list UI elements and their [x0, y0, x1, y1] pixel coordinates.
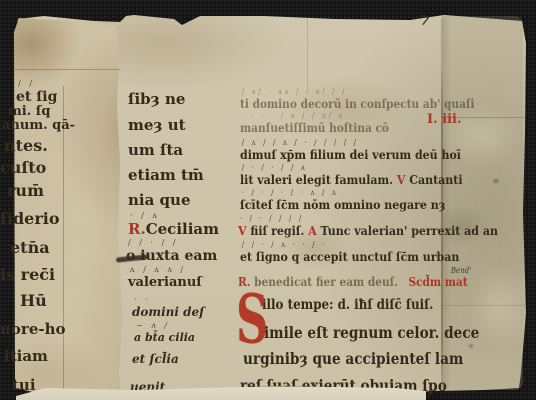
neume-row: · / · / · / · ʌ / ʌ	[242, 189, 339, 197]
text-line: Hū	[20, 293, 47, 309]
neume-row: · / ʌ	[130, 212, 160, 220]
text-line: / · / · / / ʌlit valeri elegit famulam. …	[240, 174, 463, 187]
line-text: Cantanti	[405, 172, 462, 187]
text-line: · / ʌR.Ceciliam	[128, 222, 219, 237]
line-text: ſibȝ ne	[128, 90, 185, 108]
line-text: Tunc valerian' perrexit ad an	[317, 223, 498, 238]
quire-lesson-mark: I. iii.	[427, 112, 461, 127]
text-line: illo tempe: d. iħſ diſc̄ ſuiſ.	[262, 299, 433, 313]
line-text: Ceciliam	[146, 220, 219, 238]
manuscript-photo: 7 / /et ſig mi. ſq anum. qā- ntes. cuſto…	[0, 0, 536, 400]
line-text: manſuetiſſimū hoſtina cō	[240, 121, 389, 135]
red-versicle-mark: V	[238, 223, 250, 238]
text-line: / / · / ʌ · · / ·et ſigno q accepit unct…	[240, 251, 459, 264]
line-text: anum. qā-	[2, 118, 75, 133]
text-line: etiam tm̄	[128, 168, 204, 183]
line-text: nore-ho	[0, 320, 66, 338]
text-line: · / · / / / /V fiiſ regiſ. A Tunc valeri…	[238, 225, 498, 238]
line-text: a bt̄a cilia	[134, 331, 195, 344]
red-initial-s: S	[236, 286, 268, 353]
neume-row: / ʌ/ · ʌʌ / · ʌ/ / /	[242, 88, 347, 96]
neume-row: / / · / /	[128, 239, 179, 247]
text-line: is rec̄i	[0, 267, 55, 283]
text-line: ſibȝ ne	[128, 92, 185, 107]
line-text: mi. ſq	[8, 104, 50, 119]
red-responsory-mark: R.	[128, 220, 146, 238]
text-line: ntes.	[4, 138, 48, 154]
line-text: ti domino decorū in conſpectu ab' quaſi	[240, 97, 474, 111]
text-line: R. benedicat fier eam deuſ.Scd̄m matBend…	[238, 276, 468, 288]
neume-row: · / · / / / /	[240, 215, 304, 223]
line-text: ntes.	[4, 136, 48, 155]
text-line: · ·domini deſ	[132, 306, 204, 318]
text-line: / / · / /o iuxta eam	[126, 249, 217, 263]
text-line: ʌ / ʌ ʌ /valerianuſ	[128, 276, 202, 289]
text-line: / ʌ / / ʌ / · / / / / /dimuſ xp̄m filium…	[240, 149, 461, 162]
text-line: itiam	[4, 349, 48, 364]
line-text: et ſigno q accepit unctuſ ſc̄m urban	[240, 249, 459, 264]
line-text: dimuſ xp̄m filium dei verum deū hoī	[240, 147, 461, 162]
text-line: ſiderio	[0, 211, 60, 227]
text-line: / ʌ/ · ʌʌ / · ʌ/ / /ti domino decorū in …	[240, 98, 474, 110]
neume-row: / ʌ / / ʌ / · / / / / /	[242, 139, 359, 147]
line-text: lit valeri elegit famulam.	[240, 172, 397, 187]
line-text: ſcīteſ ſc̄m nōm omnino negare nȝ	[240, 197, 445, 212]
red-versicle-mark: V	[397, 172, 406, 187]
ruling-line-horizontal	[15, 69, 120, 70]
line-text: urginibȝ que accipienteſ lam	[243, 349, 463, 368]
text-line: · / · / · / · ʌ / ʌſcīteſ ſc̄m nōm omnin…	[240, 199, 445, 212]
line-text: valerianuſ	[128, 275, 202, 290]
text-line: rum̄	[7, 183, 44, 199]
text-line: mi. ſq	[8, 105, 50, 118]
rubric-secundum: Scd̄m mat	[408, 275, 467, 289]
line-text: is rec̄i	[0, 265, 55, 284]
line-text: et ſcl̄ia	[132, 352, 179, 366]
line-text: nia que	[128, 191, 190, 209]
neume-row: / / · / ʌ · · / ·	[242, 241, 327, 249]
text-line: cuſto	[0, 160, 46, 176]
line-text: illo tempe: d. iħſ diſc̄ ſuiſ.	[262, 297, 433, 313]
neume-row: · · · · / ʌ / / ʌ/ ʌ	[242, 112, 345, 120]
text-line: meȝ ut	[128, 118, 186, 133]
text-line: / /et ſig	[16, 90, 57, 104]
crease-line-horizontal-2	[441, 305, 525, 306]
neume-row: / /	[18, 80, 35, 88]
ruling-line-vertical-2	[307, 18, 308, 94]
line-text: o iuxta eam	[126, 248, 217, 264]
line-text: tui	[12, 376, 36, 394]
line-text: Hū	[20, 291, 47, 310]
line-text: fiiſ regiſ.	[250, 223, 308, 238]
text-line: anum. qā-	[2, 119, 75, 132]
neume-row: / · / · / / ʌ	[242, 164, 308, 172]
text-line: · · · · / ʌ / / ʌ/ ʌmanſuetiſſimū hoſtin…	[240, 122, 389, 134]
text-line: nore-ho	[0, 322, 66, 337]
text-line: imile eſt regnum celor. dece	[264, 325, 479, 341]
interlinear-note: Bend'	[451, 267, 471, 275]
text-line: tui	[12, 378, 36, 393]
neume-row: ʌ / ʌ ʌ /	[130, 266, 186, 274]
text-line: ~ ʌ /a bt̄a cilia	[134, 332, 195, 343]
line-text: um ſta	[128, 141, 183, 159]
line-text: ſiderio	[0, 209, 60, 228]
text-line: et ſcl̄ia	[132, 353, 179, 365]
line-text: etn̄a	[10, 238, 50, 257]
line-text: cuſto	[0, 158, 46, 177]
line-text: meȝ ut	[128, 116, 186, 134]
line-text: domini deſ	[132, 305, 204, 319]
line-text: et ſig	[16, 89, 57, 105]
text-line: etn̄a	[10, 240, 50, 256]
line-text: benedicat fier eam deuſ.	[254, 275, 398, 289]
line-text: itiam	[4, 347, 48, 365]
text-line: nia que	[128, 193, 190, 208]
line-text: imile eſt regnum celor. dece	[264, 323, 479, 342]
left-fragment-strip	[13, 14, 125, 396]
line-text: etiam tm̄	[128, 166, 204, 184]
text-line: urginibȝ que accipienteſ lam	[243, 351, 463, 367]
line-text: rum̄	[7, 181, 44, 200]
neume-row: ~ ʌ /	[136, 322, 170, 330]
text-line: um ſta	[128, 143, 183, 158]
neume-row: · ·	[134, 296, 151, 304]
